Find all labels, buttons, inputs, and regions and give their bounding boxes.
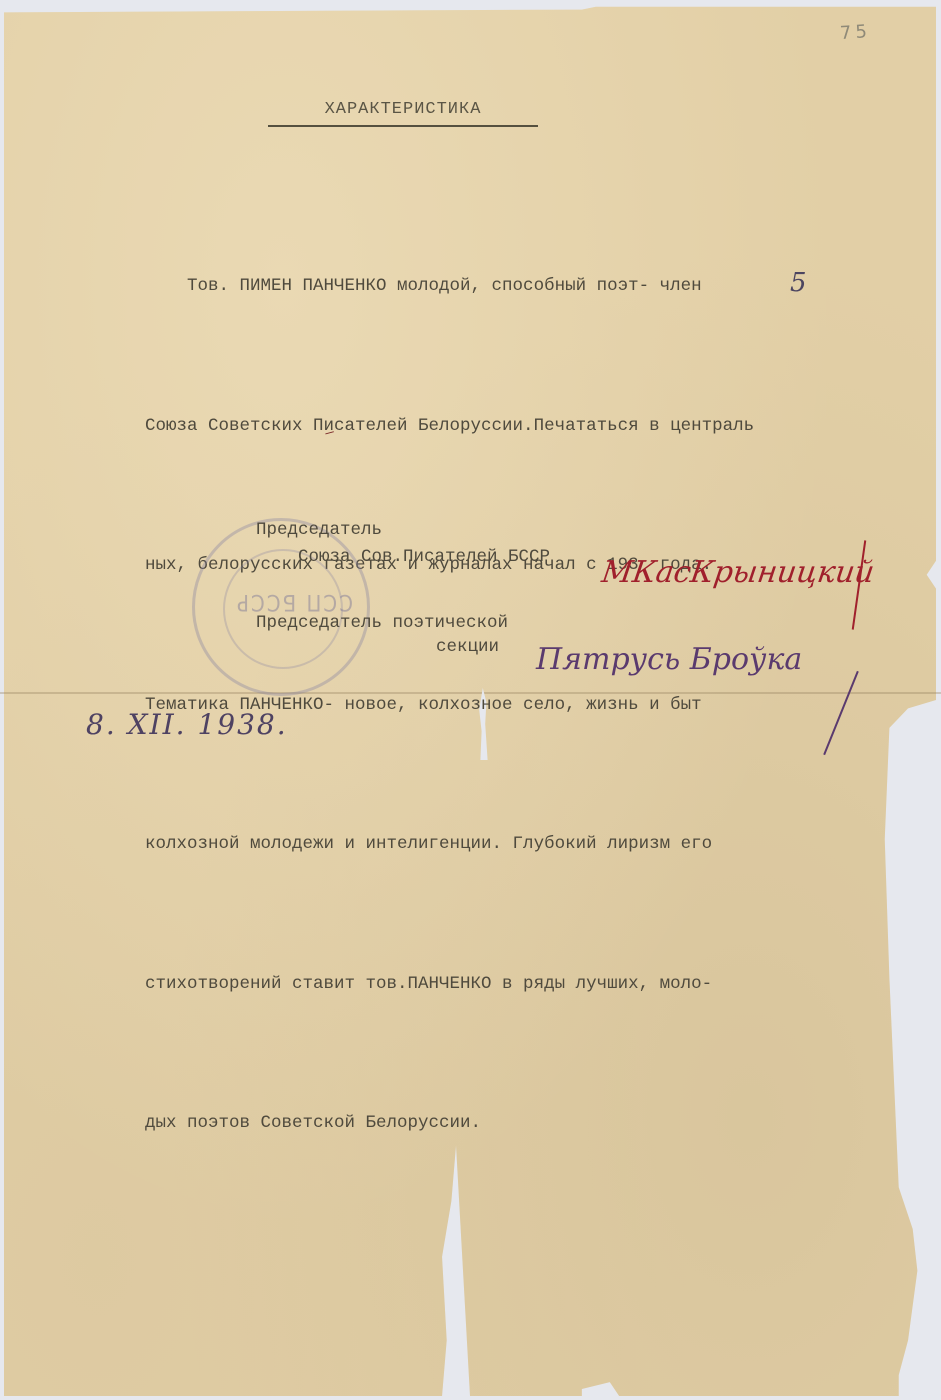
official-stamp: ССП БССР bbox=[192, 518, 370, 696]
signatory-2-title: Председатель поэтической bbox=[256, 613, 508, 633]
handwritten-year-correction: 5 bbox=[790, 268, 807, 298]
body-line: дых поэтов Советской Белоруссии. bbox=[145, 1100, 941, 1147]
stamp-center-text: ССП БССР bbox=[235, 589, 353, 614]
body-line: колхозной молодежи и интелигенции. Глубо… bbox=[145, 821, 941, 868]
handwritten-date: 8. XII. 1938. bbox=[86, 708, 288, 741]
body-line: стихотворений ставит тов.ПАНЧЕНКО в ряды… bbox=[145, 961, 941, 1008]
signature-2: Пятрусь Броўка bbox=[536, 642, 802, 677]
signatory-1-title: Председатель bbox=[256, 520, 382, 540]
signature-1: МКасКрыницкий bbox=[600, 555, 877, 590]
signatory-1-organization: Союза Сов.Писателей БССР bbox=[298, 547, 550, 567]
body-line: Союза Советских Писателей Белоруссии.Печ… bbox=[145, 403, 941, 450]
archive-page-number: 75 bbox=[839, 21, 871, 44]
signatory-2-organization: секции bbox=[436, 637, 499, 657]
document-title: ХАРАКТЕРИСТИКА bbox=[268, 100, 538, 127]
body-line: Тов. ПИМЕН ПАНЧЕНКО молодой, способный п… bbox=[145, 263, 941, 310]
